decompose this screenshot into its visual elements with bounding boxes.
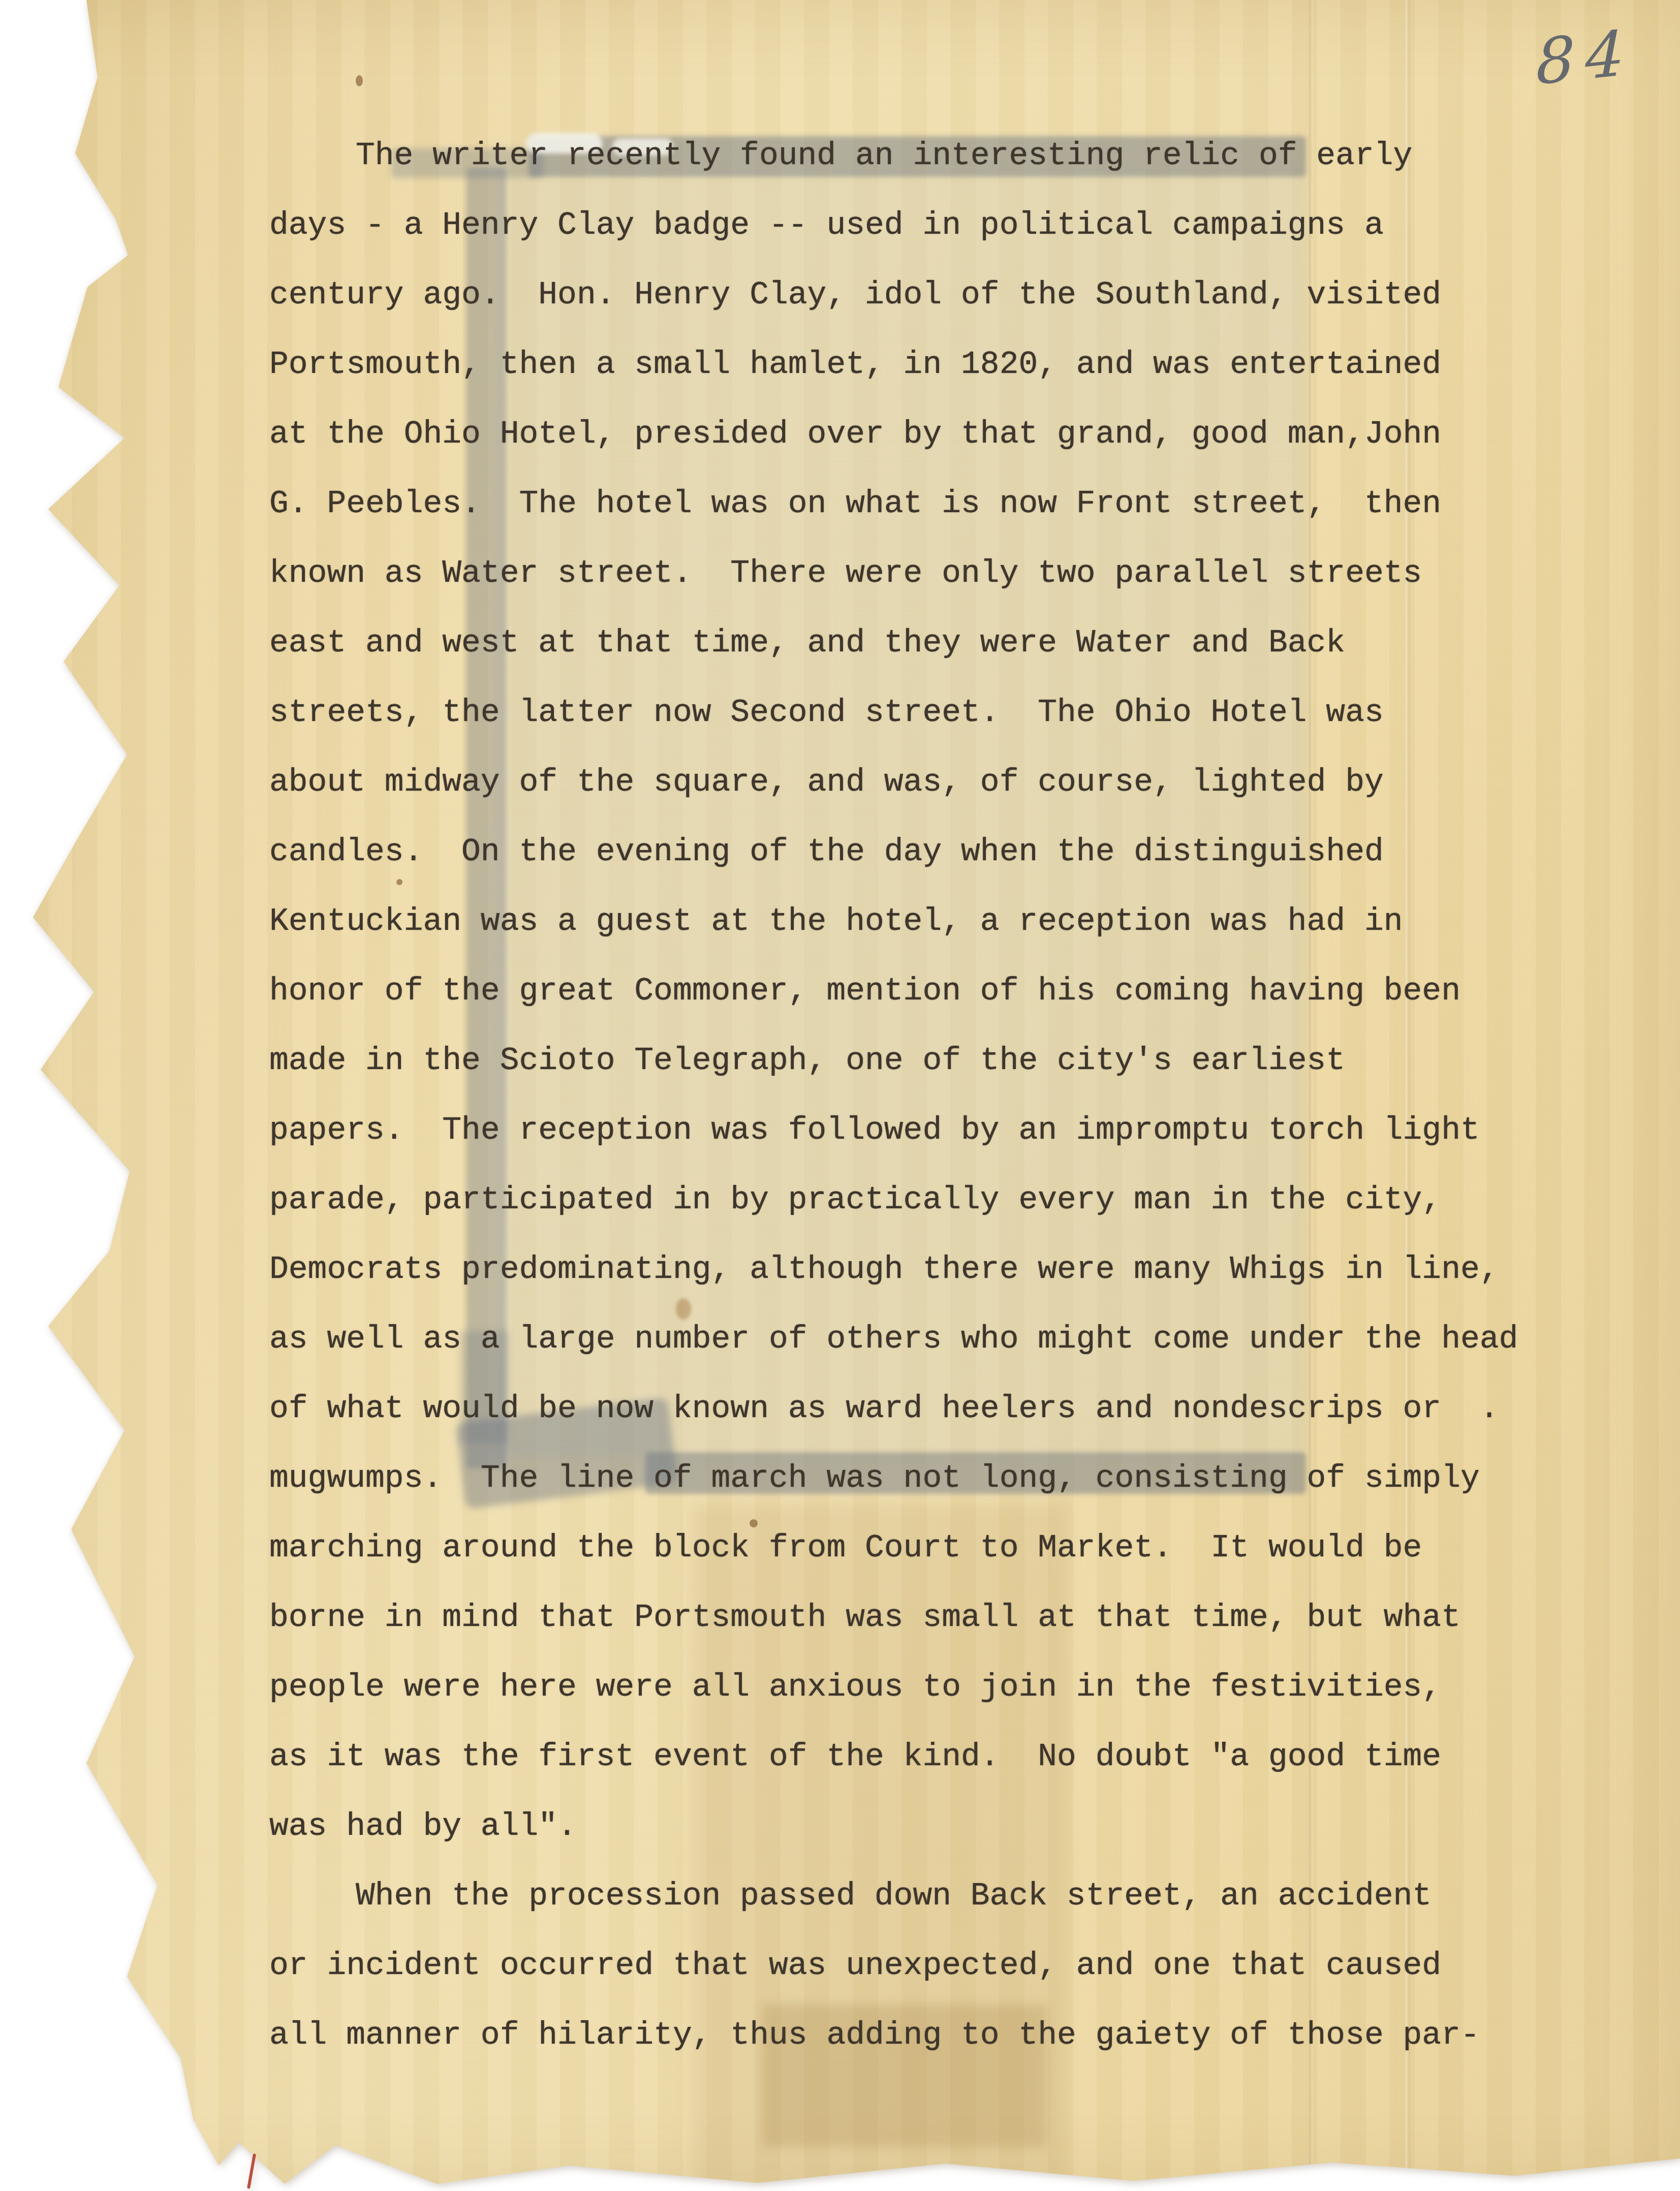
typed-line: mugwumps. The line of march was not long…	[269, 1444, 1591, 1513]
typed-line: Portsmouth, then a small hamlet, in 1820…	[269, 330, 1591, 399]
typed-line: century ago. Hon. Henry Clay, idol of th…	[269, 260, 1591, 330]
paper-speck	[356, 75, 363, 86]
typed-line: Democrats predominating, although there …	[269, 1235, 1591, 1304]
typed-line: was had by all".	[269, 1792, 1591, 1861]
typed-line: candles. On the evening of the day when …	[269, 817, 1591, 887]
typed-line: honor of the great Commoner, mention of …	[269, 956, 1591, 1026]
typed-line: made in the Scioto Telegraph, one of the…	[269, 1026, 1591, 1095]
red-edge-mark	[0, 353, 7, 381]
typed-text-block: The writer recently found an interesting…	[269, 121, 1591, 2070]
typed-line: of what would be now known as ward heele…	[269, 1374, 1591, 1444]
red-edge-mark	[0, 196, 7, 222]
typed-line: at the Ohio Hotel, presided over by that…	[269, 399, 1591, 469]
typed-line: about midway of the square, and was, of …	[269, 747, 1591, 817]
typed-line: papers. The reception was followed by an…	[269, 1095, 1591, 1165]
red-edge-mark	[0, 502, 7, 527]
typed-line: streets, the latter now Second street. T…	[269, 678, 1591, 747]
typed-line: When the procession passed down Back str…	[269, 1861, 1591, 1931]
typed-line: G. Peebles. The hotel was on what is now…	[269, 469, 1591, 539]
typed-line: all manner of hilarity, thus adding to t…	[269, 2000, 1591, 2070]
typed-line: as well as a large number of others who …	[269, 1304, 1591, 1374]
typed-line: Kentuckian was a guest at the hotel, a r…	[269, 887, 1591, 956]
paper-sheet: The writer recently found an interesting…	[0, 0, 1680, 2191]
typed-line: known as Water street. There were only t…	[269, 539, 1591, 608]
typed-line: people were here were all anxious to joi…	[269, 1652, 1591, 1722]
typed-line: or incident occurred that was unexpected…	[269, 1931, 1591, 2000]
typed-line: parade, participated in by practically e…	[269, 1165, 1591, 1235]
handwritten-page-number: 84	[1536, 16, 1635, 99]
document-page: The writer recently found an interesting…	[0, 0, 1680, 2191]
typed-line: as it was the first event of the kind. N…	[269, 1722, 1591, 1792]
typed-line: east and west at that time, and they wer…	[269, 608, 1591, 678]
typed-line: borne in mind that Portsmouth was small …	[269, 1583, 1591, 1652]
typed-line: marching around the block from Court to …	[269, 1513, 1591, 1583]
red-edge-mark	[0, 43, 7, 73]
typed-line: The writer recently found an interesting…	[269, 121, 1591, 191]
red-pen-mark	[247, 2153, 256, 2189]
red-edge-mark	[0, 675, 7, 703]
typed-line: days - a Henry Clay badge -- used in pol…	[269, 191, 1591, 260]
